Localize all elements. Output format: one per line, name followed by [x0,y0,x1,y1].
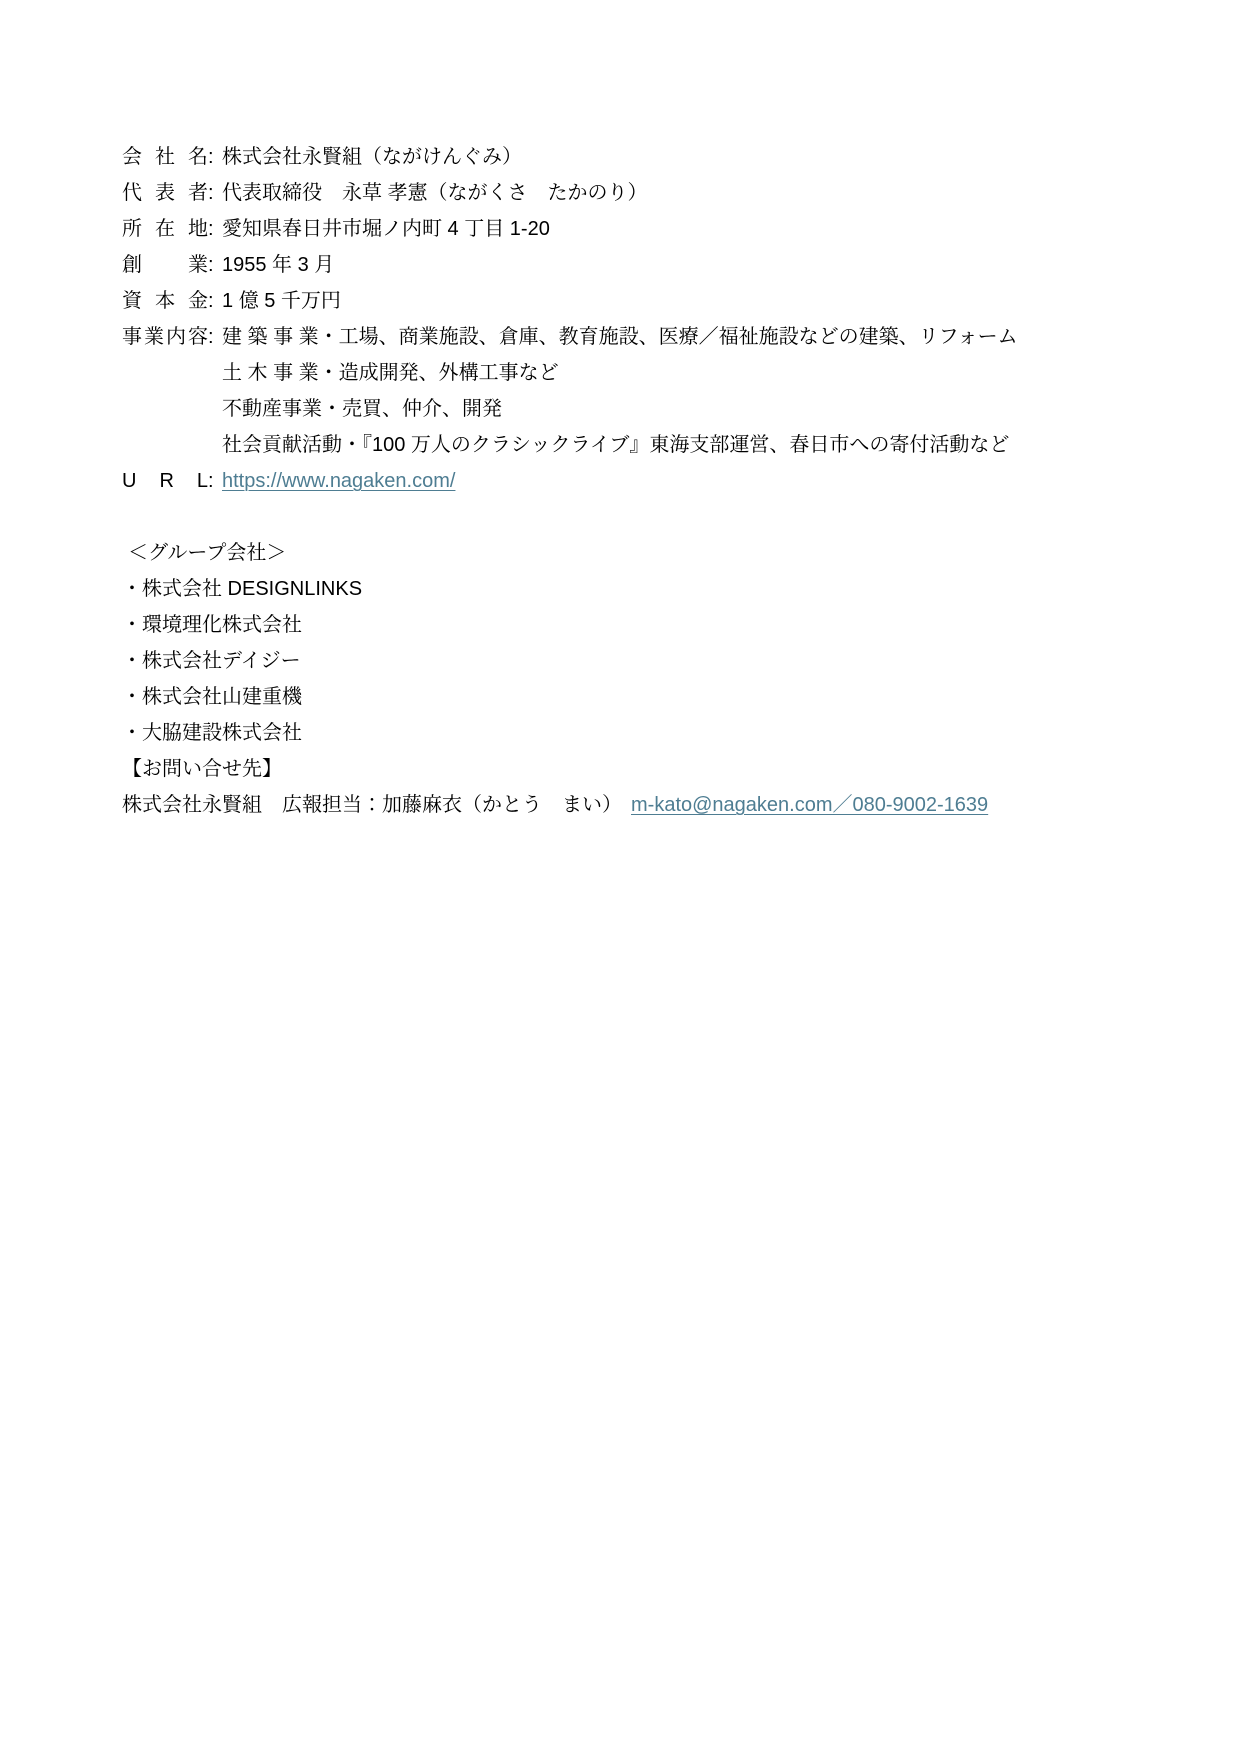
field-value: 1955 年 3 月 [222,247,334,283]
group-company-item: ・環境理化株式会社 [122,607,1191,643]
field-value: 不動産事業・売買、仲介、開発 [222,391,502,427]
info-row-business-1: 事業内容 : 建 築 事 業・工場、商業施設、倉庫、教育施設、医療／福祉施設など… [122,319,1191,355]
field-label: 代 表 者 [122,175,208,211]
field-colon: : [208,463,222,499]
info-row-representative: 代 表 者 : 代表取締役 永草 孝憲（ながくさ たかのり） [122,175,1191,211]
group-company-item: ・大脇建設株式会社 [122,715,1191,751]
contact-heading: 【お問い合せ先】 [122,751,1191,787]
info-row-capital: 資 本 金 : 1 億 5 千万円 [122,283,1191,319]
info-row-founded: 創 業 : 1955 年 3 月 [122,247,1191,283]
field-label: U R L [122,463,208,499]
document-page: 会 社 名 : 株式会社永賢組（ながけんぐみ） 代 表 者 : 代表取締役 永草… [0,0,1241,1755]
blank-line [122,499,1191,535]
field-value: 社会貢献活動・『100 万人のクラシックライブ』東海支部運営、春日市への寄付活動… [222,427,1009,463]
field-colon: : [208,319,222,355]
field-value: 1 億 5 千万円 [222,283,341,319]
info-row-company-name: 会 社 名 : 株式会社永賢組（ながけんぐみ） [122,139,1191,175]
contact-email-phone-link[interactable]: m-kato@nagaken.com／080-9002-1639 [631,787,988,823]
contact-text: 株式会社永賢組 広報担当：加藤麻衣（かとう まい） [122,787,622,823]
document-content: 会 社 名 : 株式会社永賢組（ながけんぐみ） 代 表 者 : 代表取締役 永草… [0,0,1241,823]
field-value: 代表取締役 永草 孝憲（ながくさ たかのり） [222,175,648,211]
info-row-business-2: 土 木 事 業・造成開発、外構工事など [122,355,1191,391]
field-label: 事業内容 [122,319,208,355]
info-row-address: 所 在 地 : 愛知県春日井市堀ノ内町 4 丁目 1-20 [122,211,1191,247]
field-label: 会 社 名 [122,139,208,175]
field-colon: : [208,175,222,211]
field-colon: : [208,247,222,283]
group-company-item: ・株式会社 DESIGNLINKS [122,571,1191,607]
info-row-business-3: 不動産事業・売買、仲介、開発 [122,391,1191,427]
group-company-item: ・株式会社山建重機 [122,679,1191,715]
field-value: 土 木 事 業・造成開発、外構工事など [222,355,559,391]
info-row-url: U R L : https://www.nagaken.com/ [122,463,1191,499]
field-colon: : [208,283,222,319]
field-label: 資 本 金 [122,283,208,319]
group-companies-heading: ＜グループ会社＞ [122,535,1191,571]
contact-line: 株式会社永賢組 広報担当：加藤麻衣（かとう まい） m-kato@nagaken… [122,787,1191,823]
group-company-item: ・株式会社デイジー [122,643,1191,679]
field-colon: : [208,211,222,247]
info-row-business-4: 社会貢献活動・『100 万人のクラシックライブ』東海支部運営、春日市への寄付活動… [122,427,1191,463]
field-value: 愛知県春日井市堀ノ内町 4 丁目 1-20 [222,211,550,247]
field-value: 建 築 事 業・工場、商業施設、倉庫、教育施設、医療／福祉施設などの建築、リフォ… [222,319,1018,355]
field-label: 所 在 地 [122,211,208,247]
field-colon: : [208,139,222,175]
field-label: 創 業 [122,247,208,283]
field-value: 株式会社永賢組（ながけんぐみ） [222,139,522,175]
company-url-link[interactable]: https://www.nagaken.com/ [222,463,455,499]
